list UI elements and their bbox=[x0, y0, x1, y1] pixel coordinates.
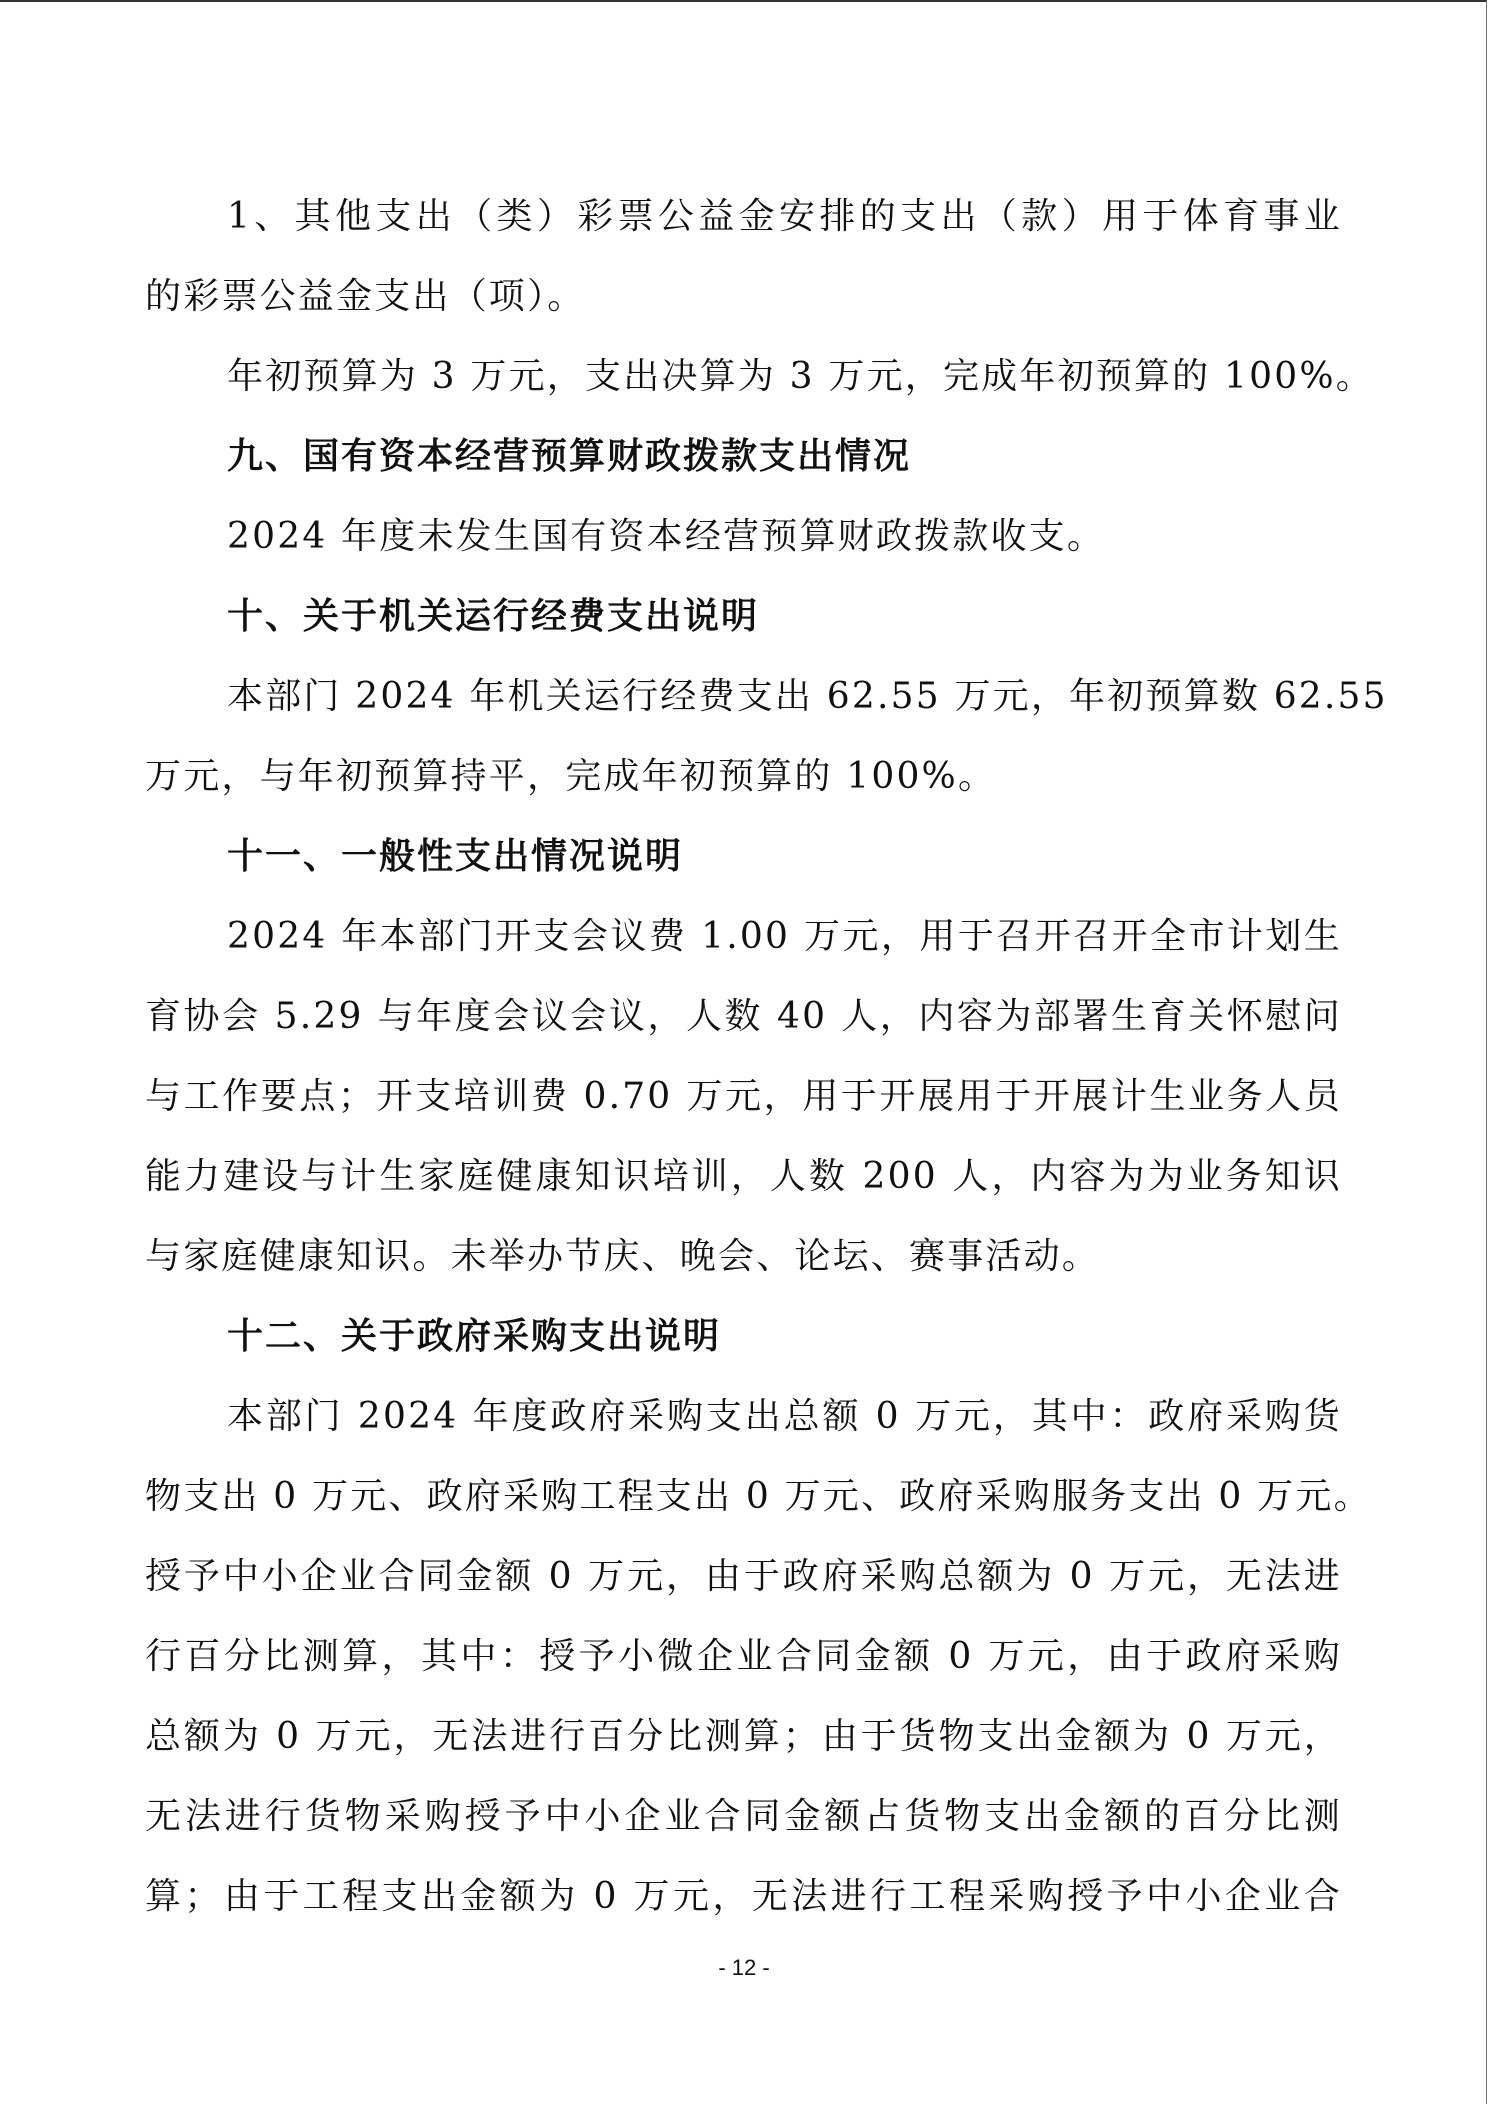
paragraph-general-expenses: 2024 年本部门开支会议费 1.00 万元，用于召开召开全市计划生 育协会 5… bbox=[145, 913, 1342, 1313]
text-line: 授予中小企业合同金额 0 万元，由于政府采购总额为 0 万元，无法进 bbox=[145, 1553, 1342, 1633]
section-heading-12: 十二、关于政府采购支出说明 bbox=[145, 1313, 1342, 1393]
text-line: 年初预算为 3 万元，支出决算为 3 万元，完成年初预算的 100%。 bbox=[145, 353, 1342, 433]
text-line: 行百分比测算，其中：授予小微企业合同金额 0 万元，由于政府采购 bbox=[145, 1633, 1342, 1713]
text-line: 算；由于工程支出金额为 0 万元，无法进行工程采购授予中小企业合 bbox=[145, 1873, 1342, 1953]
text-line: 与工作要点；开支培训费 0.70 万元，用于开展用于开展计生业务人员 bbox=[145, 1073, 1342, 1153]
page-number: - 12 - bbox=[0, 1955, 1488, 1981]
document-page: 1、其他支出（类）彩票公益金安排的支出（款）用于体育事业 的彩票公益金支出（项）… bbox=[0, 0, 1487, 2104]
paragraph-operating-expenses: 本部门 2024 年机关运行经费支出 62.55 万元，年初预算数 62.55 … bbox=[145, 673, 1342, 833]
section-heading-11: 十一、一般性支出情况说明 bbox=[145, 833, 1342, 913]
text-line: 物支出 0 万元、政府采购工程支出 0 万元、政府采购服务支出 0 万元。 bbox=[145, 1473, 1342, 1553]
text-line: 本部门 2024 年机关运行经费支出 62.55 万元，年初预算数 62.55 bbox=[145, 673, 1342, 753]
text-line: 总额为 0 万元，无法进行百分比测算；由于货物支出金额为 0 万元， bbox=[145, 1713, 1342, 1793]
text-line: 万元，与年初预算持平，完成年初预算的 100%。 bbox=[145, 753, 1342, 833]
paragraph-lottery-fund: 1、其他支出（类）彩票公益金安排的支出（款）用于体育事业 的彩票公益金支出（项）… bbox=[145, 193, 1342, 353]
document-body: 1、其他支出（类）彩票公益金安排的支出（款）用于体育事业 的彩票公益金支出（项）… bbox=[145, 193, 1342, 1953]
text-line: 育协会 5.29 与年度会议会议，人数 40 人，内容为部署生育关怀慰问 bbox=[145, 993, 1342, 1073]
text-line: 本部门 2024 年度政府采购支出总额 0 万元，其中：政府采购货 bbox=[145, 1393, 1342, 1473]
text-line: 能力建设与计生家庭健康知识培训，人数 200 人，内容为为业务知识 bbox=[145, 1153, 1342, 1233]
paragraph-procurement: 本部门 2024 年度政府采购支出总额 0 万元，其中：政府采购货 物支出 0 … bbox=[145, 1393, 1342, 1953]
text-line: 与家庭健康知识。未举办节庆、晚会、论坛、赛事活动。 bbox=[145, 1233, 1342, 1313]
paragraph-lottery-budget: 年初预算为 3 万元，支出决算为 3 万元，完成年初预算的 100%。 bbox=[145, 353, 1342, 433]
text-line: 2024 年本部门开支会议费 1.00 万元，用于召开召开全市计划生 bbox=[145, 913, 1342, 993]
section-heading-9: 九、国有资本经营预算财政拨款支出情况 bbox=[145, 433, 1342, 513]
text-line: 无法进行货物采购授予中小企业合同金额占货物支出金额的百分比测 bbox=[145, 1793, 1342, 1873]
text-line: 的彩票公益金支出（项）。 bbox=[145, 273, 1342, 353]
text-line: 1、其他支出（类）彩票公益金安排的支出（款）用于体育事业 bbox=[145, 193, 1342, 273]
section-heading-10: 十、关于机关运行经费支出说明 bbox=[145, 593, 1342, 673]
text-line: 2024 年度未发生国有资本经营预算财政拨款收支。 bbox=[145, 513, 1342, 593]
